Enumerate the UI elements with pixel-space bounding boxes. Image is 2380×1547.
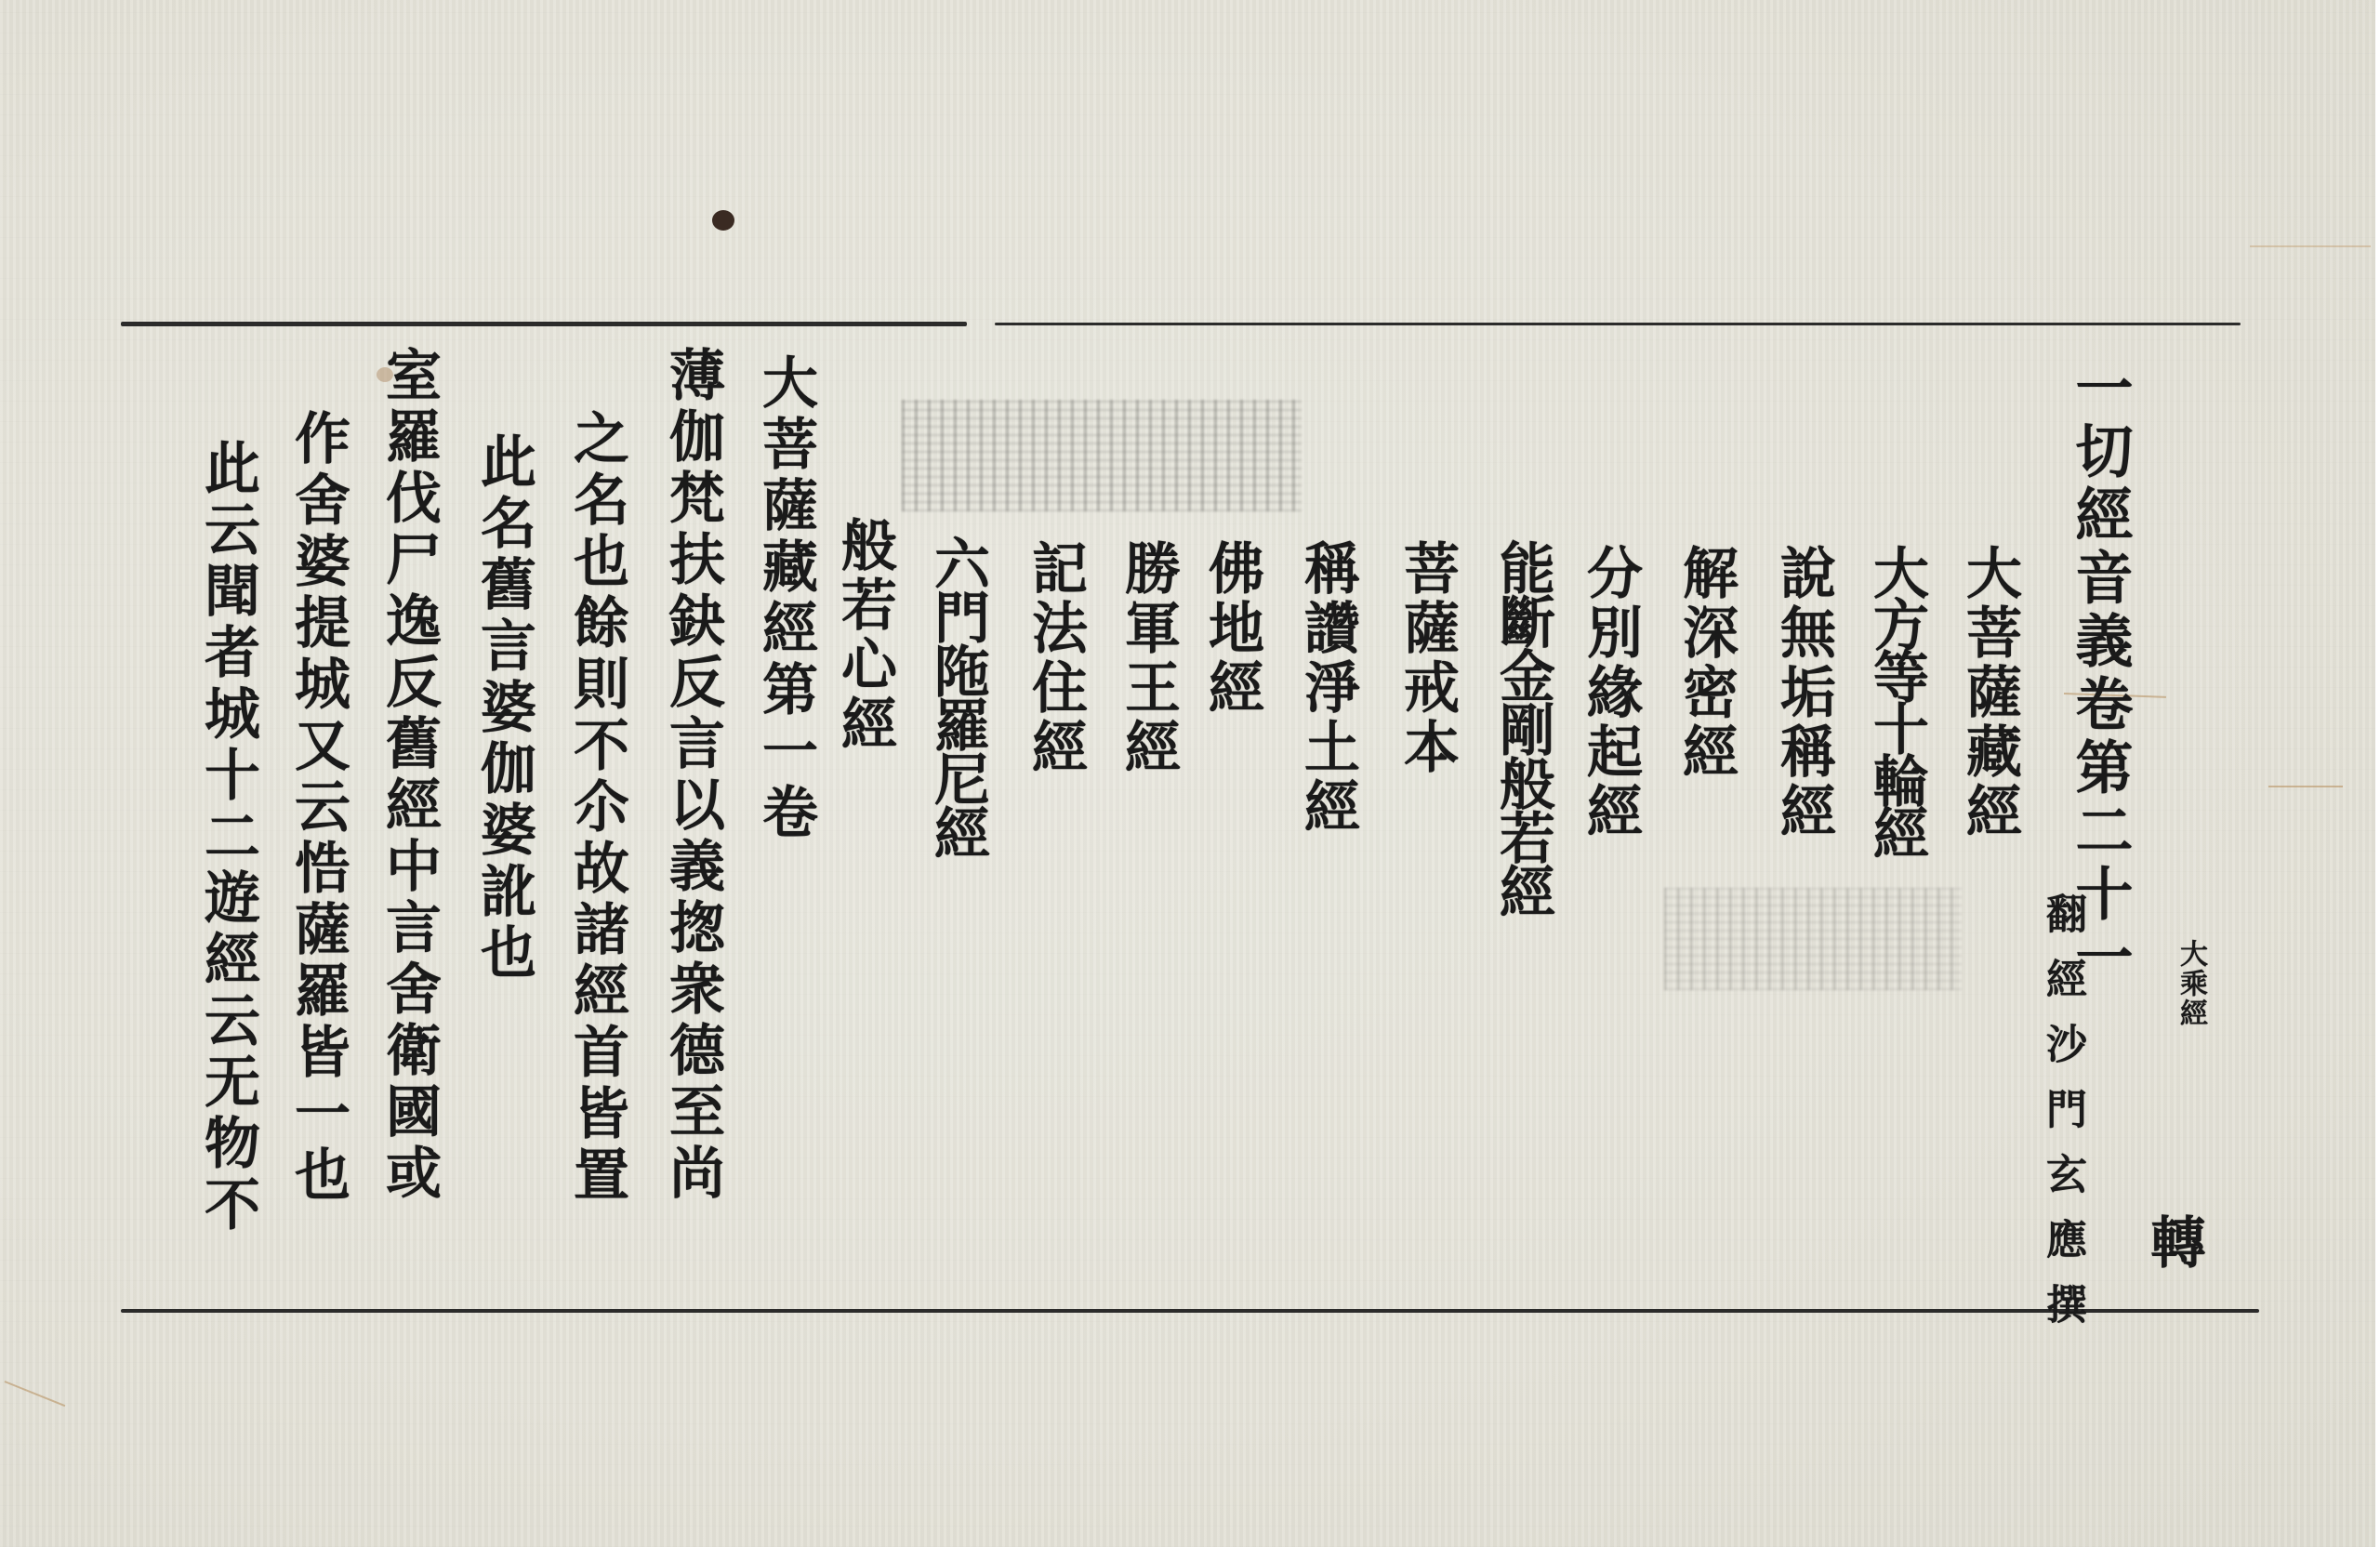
paper-crease [2268, 786, 2343, 787]
side-mark: 轉 [2146, 1213, 2201, 1269]
paper-crease [2250, 245, 2371, 247]
sutra-list-item: 稱讚淨土經 [1300, 539, 1355, 837]
sutra-list-item: 大菩薩藏經 [1962, 544, 2017, 841]
sutra-list-item: 六門陁羅尼經 [930, 535, 985, 858]
author-line: 翻經沙門玄應撰 [2042, 892, 2082, 1348]
body-line: 薄伽梵扶鈌反言以義揔衆德至尚 [665, 346, 721, 1205]
sutra-list-item: 說無垢稱經 [1776, 544, 1831, 841]
top-frame-rule [121, 322, 967, 326]
offset-print-smudge [1664, 888, 1962, 990]
scan-edge [2375, 0, 2380, 1547]
body-line: 此云聞者城十二遊經云无物不 [200, 439, 256, 1236]
body-line: 作舍婆提城又云悎薩羅皆一也 [290, 409, 346, 1207]
section-heading: 大菩薩藏經第一卷 [758, 353, 813, 844]
sutra-list-item: 勝軍王經 [1120, 539, 1176, 777]
sutra-list-item: 解深密經 [1678, 544, 1734, 782]
body-line: 室羅伐尸逸反舊經中言舍衛國或 [381, 346, 437, 1205]
category-note: 大乘經 [2176, 939, 2204, 1028]
offset-print-smudge [902, 400, 1302, 511]
sutra-list-item: 般若心經 [837, 516, 892, 754]
body-line: 之名也餘則不尒故諸經首皆置 [569, 409, 625, 1207]
sutra-list-item: 能斷金剛般若經 [1495, 539, 1551, 917]
body-line: 此名舊言婆伽婆訛也 [476, 432, 532, 985]
bottom-frame-rule [121, 1309, 2259, 1313]
sutra-list-item: 分別緣起經 [1582, 544, 1638, 841]
top-frame-rule [995, 323, 2241, 325]
sutra-list-item: 記法住經 [1027, 539, 1083, 777]
ink-blot [712, 210, 734, 231]
sutra-list-item: 佛地經 [1204, 539, 1260, 718]
sutra-list-item: 菩薩戒本 [1399, 539, 1455, 777]
sutra-list-item: 大方等十輪經 [1869, 544, 1924, 856]
